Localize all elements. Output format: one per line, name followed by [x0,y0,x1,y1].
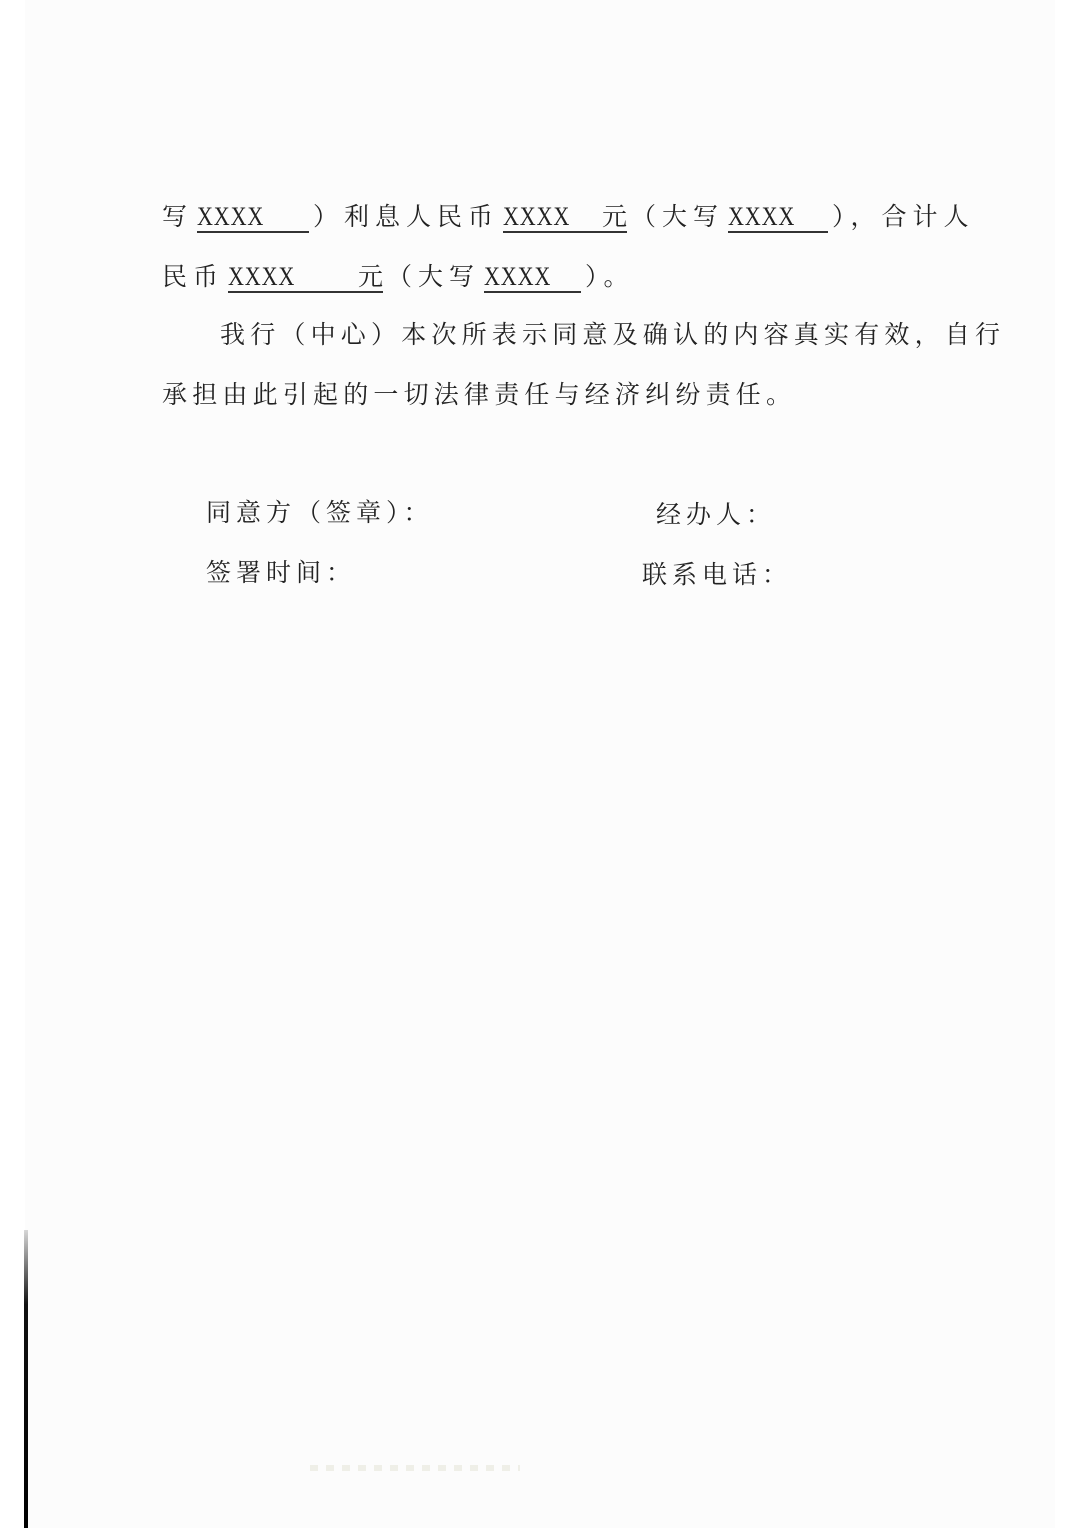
text-segment: （大写 [387,262,480,291]
text-segment: 民币 [162,262,224,291]
paragraph2-line1: 我行（中心）本次所表示同意及确认的内容真实有效，自行 [220,320,1005,350]
fill-blank-interest-uppercase: XXXX [728,204,828,233]
paragraph1-line1: 写XXXX）利息人民币XXXX元（大写XXXX），合计人 [162,202,975,233]
text-segment: ）利息人民币 [313,202,499,231]
fill-blank-total-amount: XXXX元 [228,264,383,293]
text-segment: 写 [162,202,193,231]
fill-blank-total-uppercase: XXXX [484,264,581,293]
text-segment: ）。 [585,262,635,291]
faint-scan-artifact [310,1465,520,1471]
consenting-party-label: 同意方（签章）： [206,498,434,528]
paragraph1-line2: 民币XXXX元（大写XXXX）。 [162,262,635,293]
handler-label: 经办人： [656,500,776,530]
paragraph2-line2: 承担由此引起的一切法律责任与经济纠纷责任。 [162,380,796,410]
fill-blank-interest-amount: XXXX元 [503,204,627,233]
text-segment: （大写 [631,202,724,231]
signing-time-label: 签署时间： [206,558,356,588]
phone-label: 联系电话： [642,560,792,590]
text-segment: ），合计人 [832,202,975,231]
fill-blank-principal-uppercase: XXXX [197,204,309,233]
scan-edge-line [24,1230,28,1528]
